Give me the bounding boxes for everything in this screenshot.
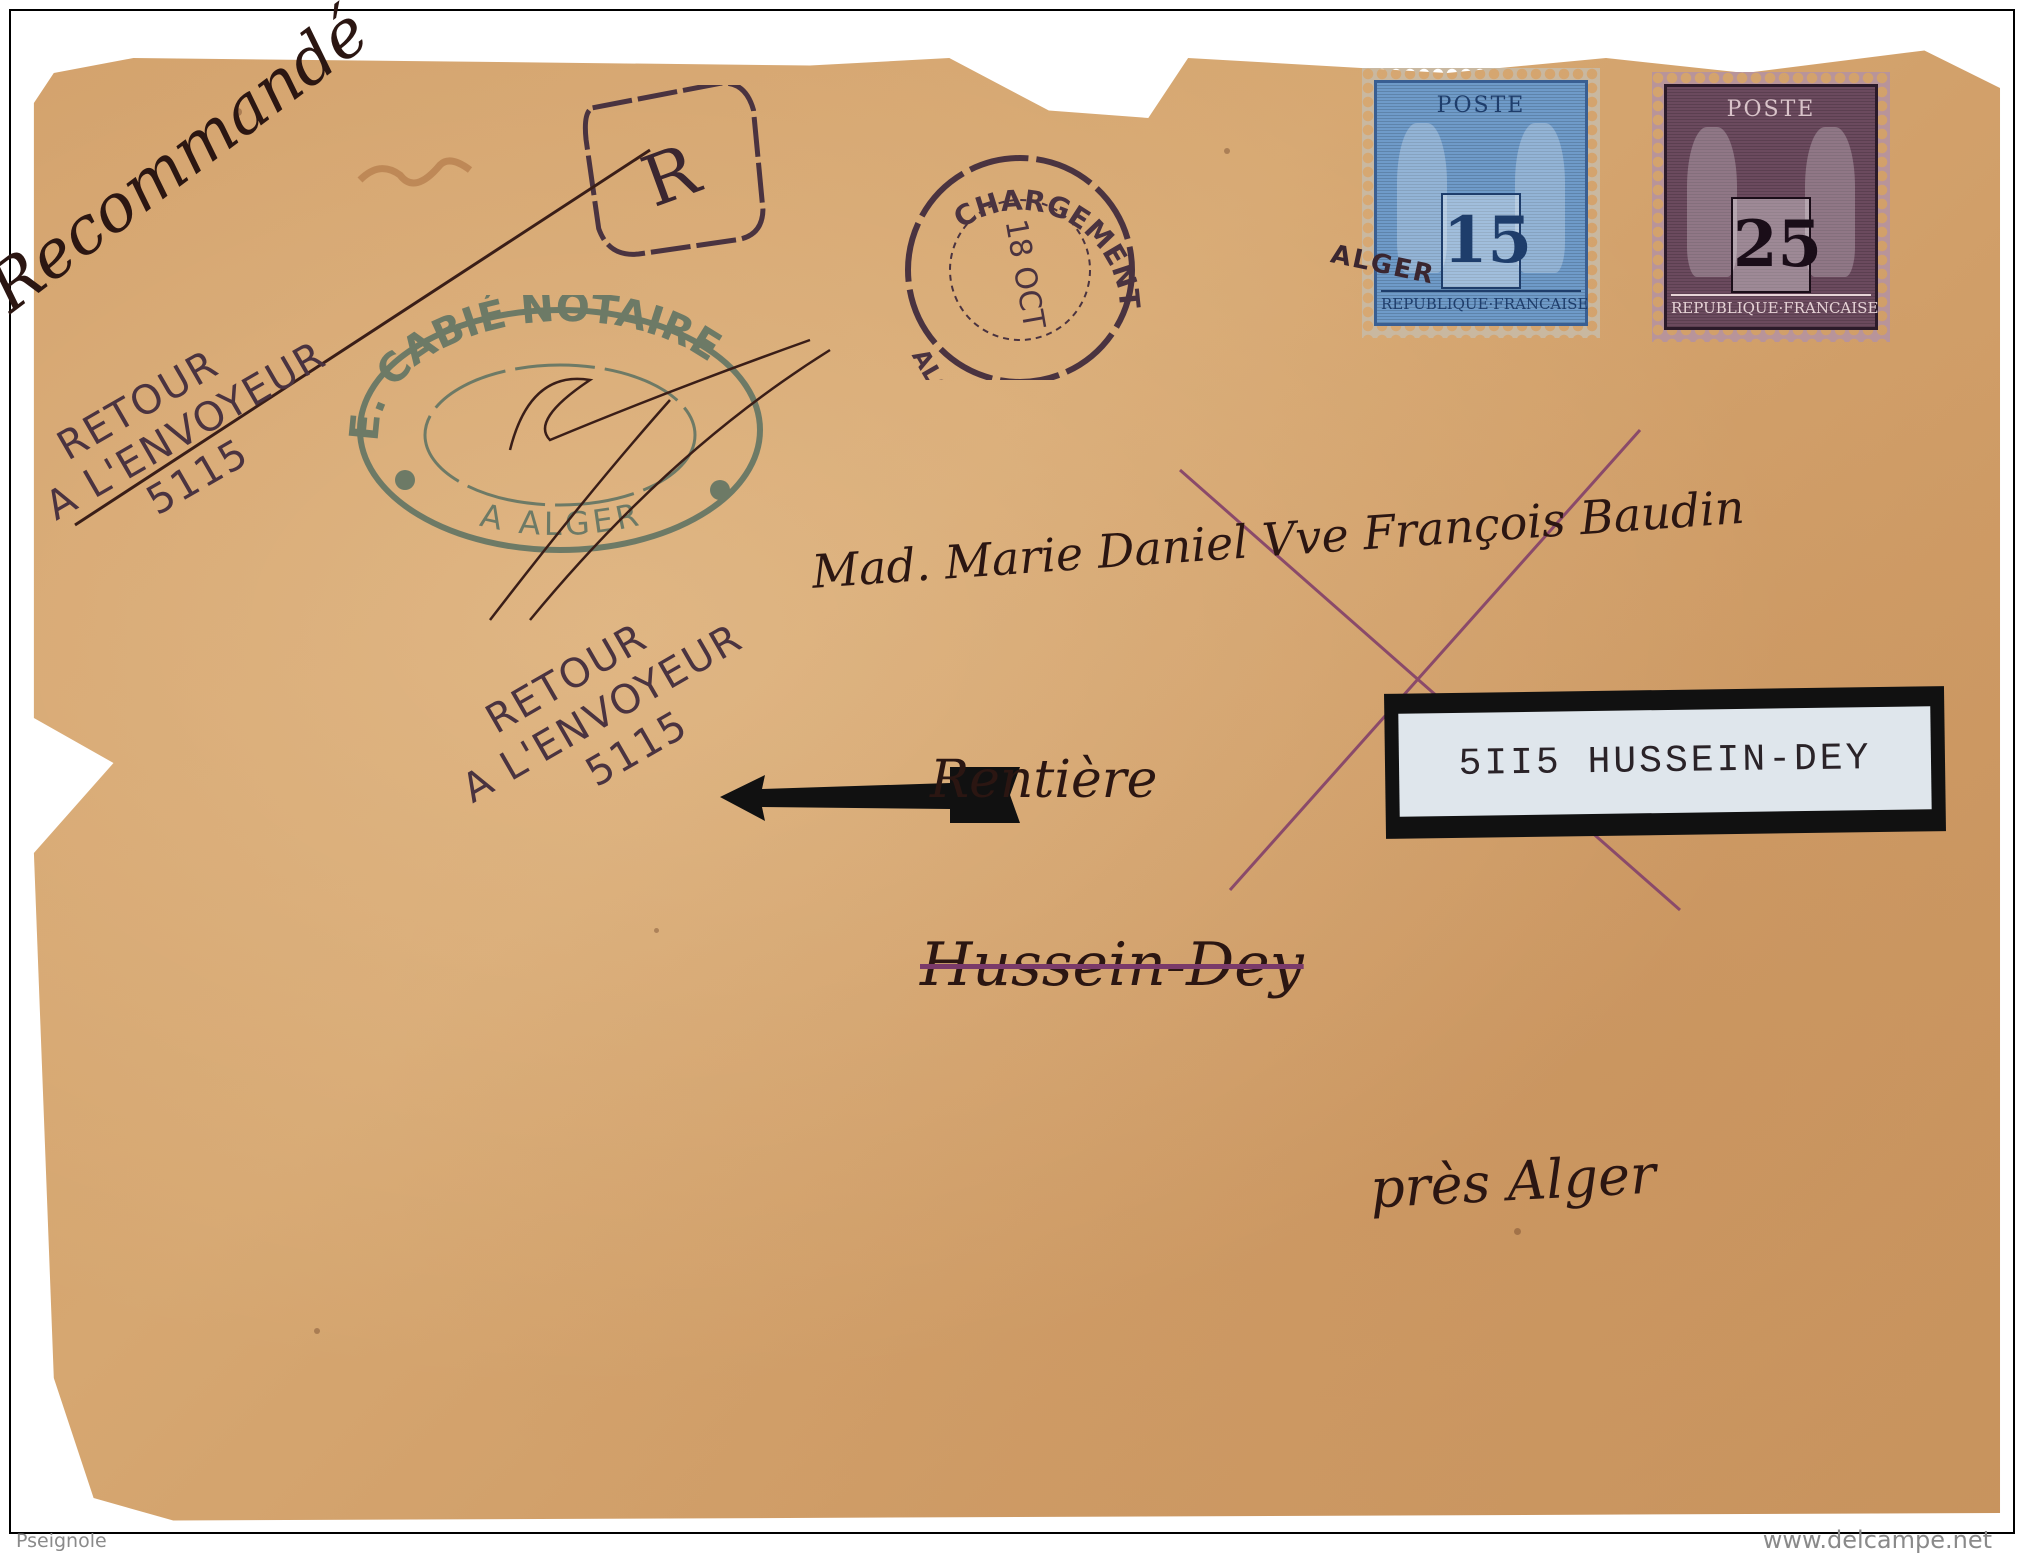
stamp-value: 25: [1731, 197, 1811, 293]
watermark-author: Pseignole: [16, 1530, 107, 1552]
allegory-figure-left: [1687, 127, 1737, 277]
postmark-date: 18 OCT: [998, 217, 1052, 333]
address-label-text: 5II5 HUSSEIN-DEY: [1398, 706, 1931, 816]
watermark-site: www.delcampe.net: [1763, 1526, 1992, 1554]
stamp-header: POSTE: [1377, 93, 1585, 118]
address-label: 5II5 HUSSEIN-DEY: [1384, 686, 1946, 839]
stamp-25c: POSTE 25 REPUBLIQUE·FRANCAISE: [1652, 72, 1890, 342]
allegory-figure-left: [1397, 123, 1447, 273]
stamp-15c: POSTE 15 REPUBLIQUE·FRANCAISE: [1362, 68, 1600, 338]
stamp-header: POSTE: [1667, 97, 1875, 122]
circular-postmark: CHARGEMENTS 18 OCT ALGER: [880, 150, 1160, 380]
pen-flourish: [470, 330, 850, 630]
stamp-value: 15: [1441, 193, 1521, 289]
handwritten-occupation: Rentière: [930, 750, 1157, 810]
handwritten-town-struck: Hussein-Dey: [920, 930, 1304, 1000]
stamp-country: REPUBLIQUE·FRANCAISE: [1381, 290, 1581, 313]
stamp-country: REPUBLIQUE·FRANCAISE: [1671, 294, 1871, 317]
